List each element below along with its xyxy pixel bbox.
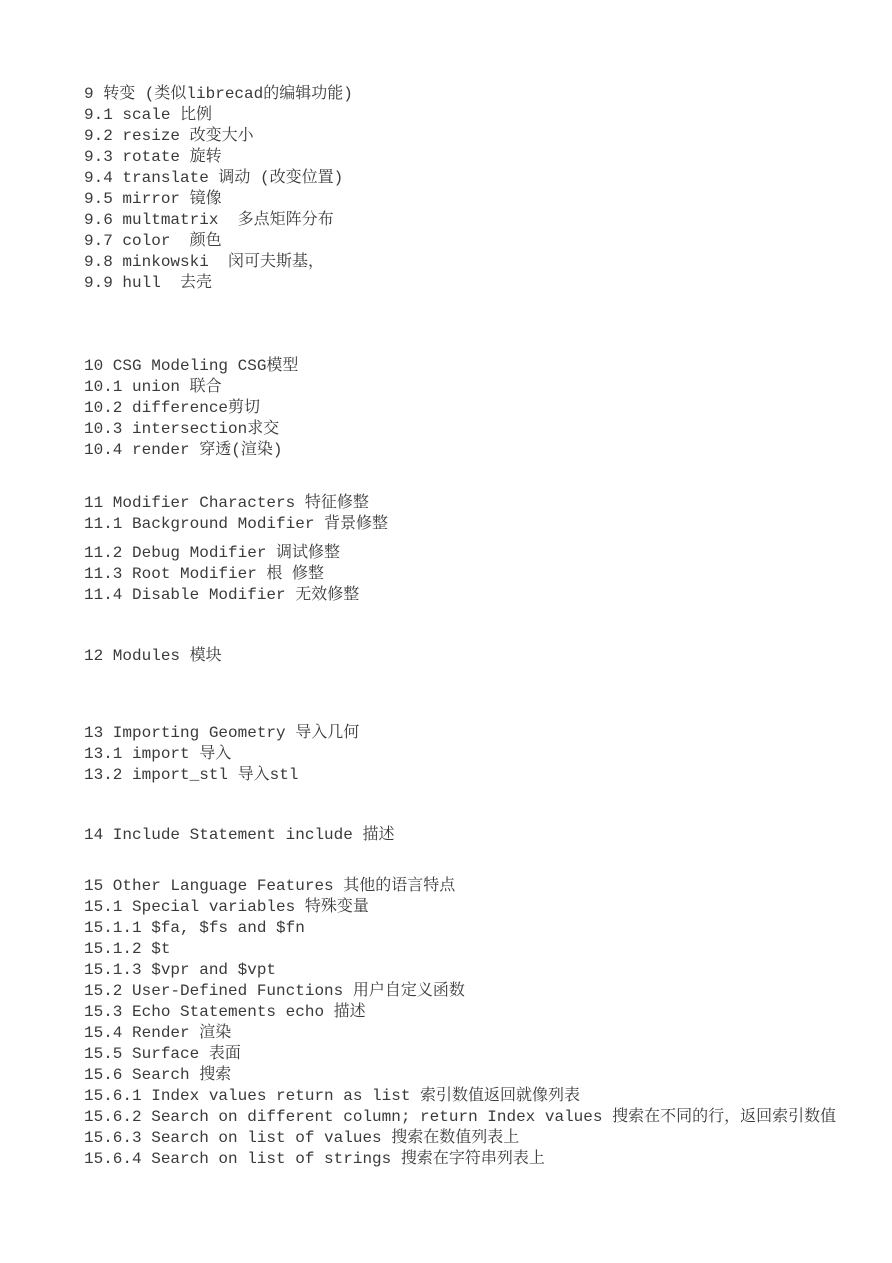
- toc-line: 12 Modules 模块: [84, 646, 884, 667]
- toc-line: 11.2 Debug Modifier 调试修整: [84, 543, 884, 564]
- toc-line: 15.6.1 Index values return as list 索引数值返…: [84, 1086, 884, 1107]
- toc-line: 15.1.3 $vpr and $vpt: [84, 960, 884, 981]
- toc-line: 13 Importing Geometry 导入几何: [84, 723, 884, 744]
- toc-line: 13.1 import 导入: [84, 744, 884, 765]
- toc-line: 10.2 difference剪切: [84, 398, 884, 419]
- toc-line: 11.3 Root Modifier 根 修整: [84, 564, 884, 585]
- toc-line: 9.9 hull 去壳: [84, 273, 884, 294]
- toc-line: 10.4 render 穿透(渲染): [84, 440, 884, 461]
- toc-line: 9.3 rotate 旋转: [84, 147, 884, 168]
- toc-line: 15.1.1 $fa, $fs and $fn: [84, 918, 884, 939]
- toc-line: 9.6 multmatrix 多点矩阵分布: [84, 210, 884, 231]
- toc-line: 15.6 Search 搜索: [84, 1065, 884, 1086]
- toc-line: 15.3 Echo Statements echo 描述: [84, 1002, 884, 1023]
- toc-line: 15.1 Special variables 特殊变量: [84, 897, 884, 918]
- toc-line: 9.8 minkowski 闵可夫斯基，: [84, 252, 884, 273]
- toc-line: 15.1.2 $t: [84, 939, 884, 960]
- toc-line: 10.3 intersection求交: [84, 419, 884, 440]
- toc-line: 13.2 import_stl 导入stl: [84, 765, 884, 786]
- toc-line: 15.6.2 Search on different column; retur…: [84, 1107, 884, 1128]
- toc-line: 15 Other Language Features 其他的语言特点: [84, 876, 884, 897]
- toc-line: 15.5 Surface 表面: [84, 1044, 884, 1065]
- toc-line: 15.6.3 Search on list of values 搜索在数值列表上: [84, 1128, 884, 1149]
- toc-line: 11 Modifier Characters 特征修整: [84, 493, 884, 514]
- toc-line: 9.7 color 颜色: [84, 231, 884, 252]
- toc-line: 9.4 translate 调动 (改变位置): [84, 168, 884, 189]
- toc-list: 9 转变 (类似librecad的编辑功能)9.1 scale 比例9.2 re…: [84, 84, 884, 1170]
- toc-line: 9.5 mirror 镜像: [84, 189, 884, 210]
- toc-line: 15.2 User-Defined Functions 用户自定义函数: [84, 981, 884, 1002]
- toc-line: 14 Include Statement include 描述: [84, 825, 884, 846]
- toc-line: 15.6.4 Search on list of strings 搜索在字符串列…: [84, 1149, 884, 1170]
- toc-line: 9.2 resize 改变大小: [84, 126, 884, 147]
- toc-line: 15.4 Render 渲染: [84, 1023, 884, 1044]
- toc-line: 10.1 union 联合: [84, 377, 884, 398]
- toc-line: 10 CSG Modeling CSG模型: [84, 356, 884, 377]
- toc-line: 11.1 Background Modifier 背景修整: [84, 514, 884, 535]
- toc-line: 11.4 Disable Modifier 无效修整: [84, 585, 884, 606]
- document-page: 9 转变 (类似librecad的编辑功能)9.1 scale 比例9.2 re…: [0, 0, 892, 1263]
- toc-line: 9 转变 (类似librecad的编辑功能): [84, 84, 884, 105]
- toc-line: 9.1 scale 比例: [84, 105, 884, 126]
